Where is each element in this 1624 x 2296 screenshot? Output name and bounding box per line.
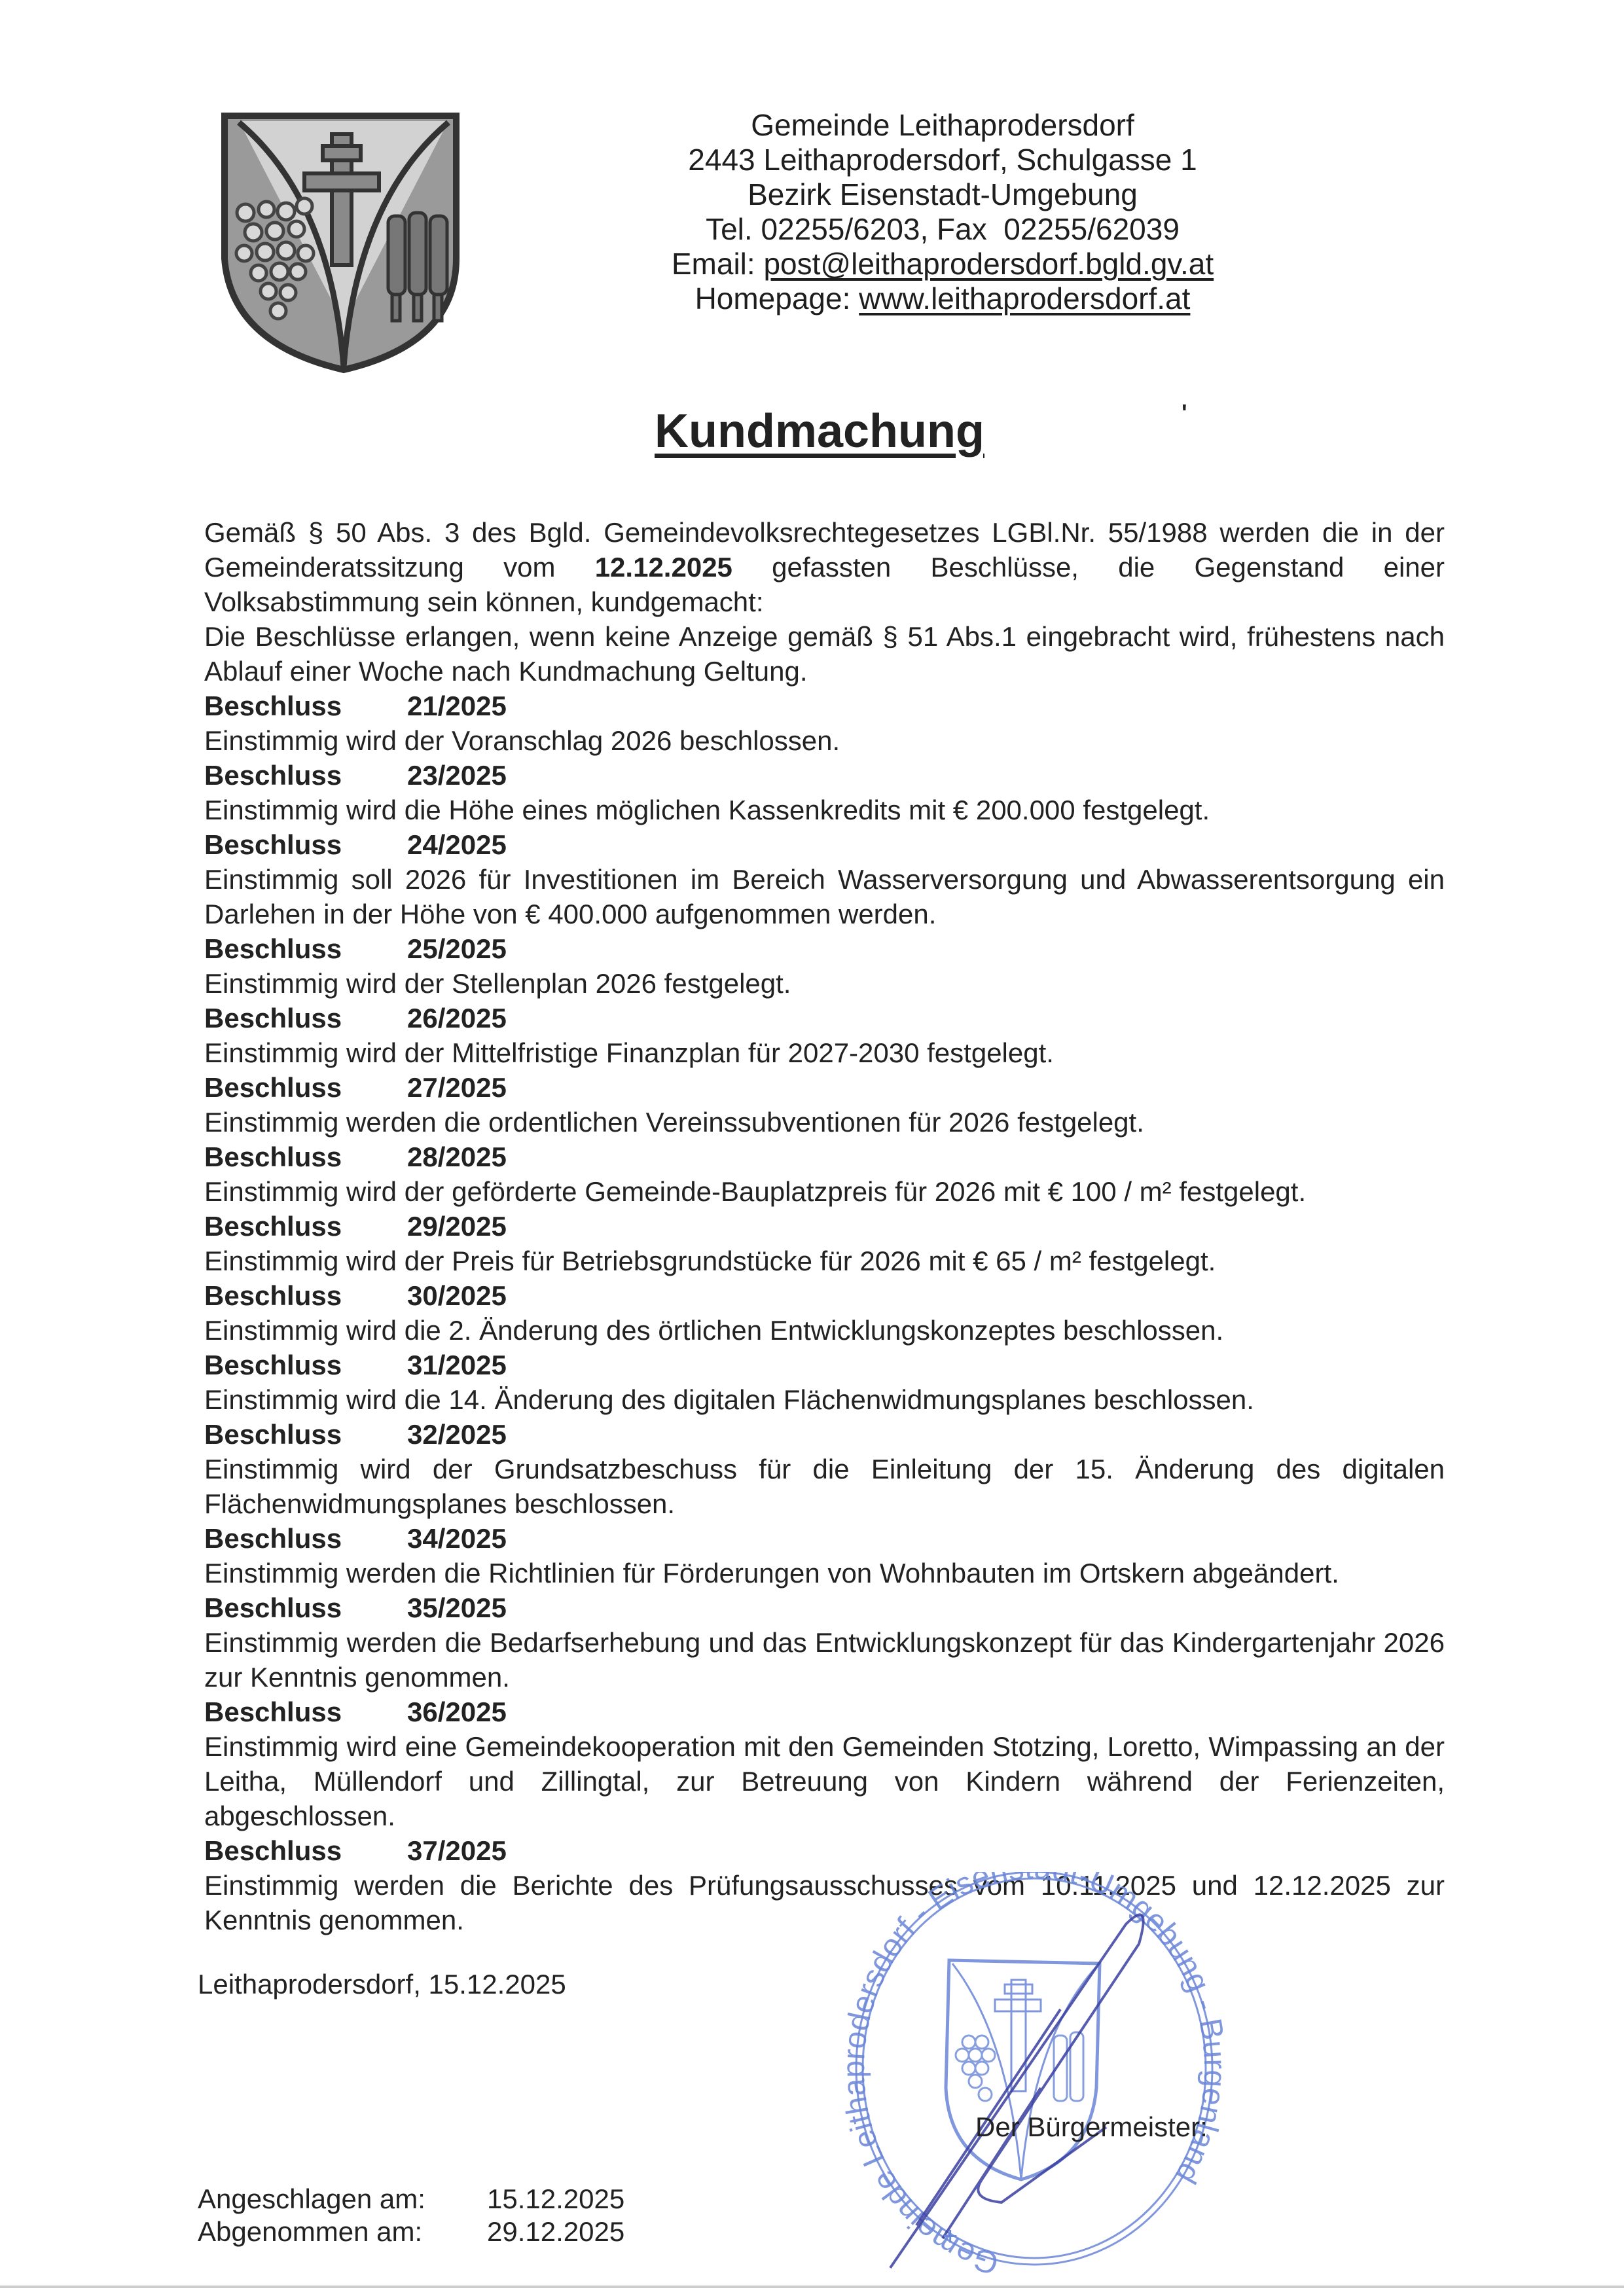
- resolution-text: Einstimmig wird der Grundsatzbeschuss fü…: [204, 1452, 1445, 1521]
- resolution-label: Beschluss: [204, 1139, 407, 1174]
- resolution-number: 24/2025: [407, 827, 507, 862]
- tick-mark: ': [1182, 399, 1187, 427]
- resolution-label: Beschluss: [204, 689, 407, 723]
- resolution-text: Einstimmig werden die Richtlinien für Fö…: [204, 1556, 1445, 1590]
- resolution-text: Einstimmig werden die Berichte des Prüfu…: [204, 1868, 1445, 1937]
- resolution-heading: Beschluss34/2025: [204, 1521, 1445, 1556]
- validity-paragraph: Die Beschlüsse erlangen, wenn keine Anze…: [204, 619, 1445, 689]
- resolution-text: Einstimmig wird der Mittelfristige Finan…: [204, 1035, 1445, 1070]
- official-stamp: Gemeinde Leithaprodersdorf - Eisenstadt-…: [844, 1872, 1224, 2278]
- resolution-label: Beschluss: [204, 1590, 407, 1625]
- removed-on-value: 29.12.2025: [487, 2215, 624, 2248]
- svg-text:+: +: [943, 2222, 958, 2251]
- removed-on-row: Abgenommen am: 29.12.2025: [198, 2215, 624, 2248]
- letterhead-email-line: Email: post@leithaprodersdorf.bgld.gv.at: [602, 247, 1283, 281]
- posted-on-row: Angeschlagen am: 15.12.2025: [198, 2183, 624, 2215]
- resolution-label: Beschluss: [204, 1348, 407, 1382]
- resolution-number: 30/2025: [407, 1278, 507, 1313]
- resolution-label: Beschluss: [204, 1695, 407, 1729]
- resolution-label: Beschluss: [204, 1001, 407, 1035]
- session-date: 12.12.2025: [595, 552, 732, 583]
- resolution-heading: Beschluss24/2025: [204, 827, 1445, 862]
- removed-on-label: Abgenommen am:: [198, 2215, 487, 2248]
- resolution-number: 23/2025: [407, 758, 507, 793]
- resolution-number: 37/2025: [407, 1833, 507, 1868]
- resolution-label: Beschluss: [204, 758, 407, 793]
- page-edge-divider: [0, 2286, 1624, 2288]
- resolution-number: 35/2025: [407, 1590, 507, 1625]
- resolution-heading: Beschluss25/2025: [204, 931, 1445, 966]
- letterhead-line: Bezirk Eisenstadt-Umgebung: [602, 177, 1283, 212]
- resolution-heading: Beschluss27/2025: [204, 1070, 1445, 1105]
- resolution-heading: Beschluss37/2025: [204, 1833, 1445, 1868]
- resolution-number: 25/2025: [407, 931, 507, 966]
- resolution-heading: Beschluss35/2025: [204, 1590, 1445, 1625]
- resolution-text: Einstimmig soll 2026 für Investitionen i…: [204, 862, 1445, 931]
- letterhead-line: Gemeinde Leithaprodersdorf: [602, 108, 1283, 143]
- resolution-number: 34/2025: [407, 1521, 507, 1556]
- resolution-number: 36/2025: [407, 1695, 507, 1729]
- resolution-number: 28/2025: [407, 1139, 507, 1174]
- resolution-text: Einstimmig wird der Voranschlag 2026 bes…: [204, 723, 1445, 758]
- homepage-label: Homepage:: [695, 281, 859, 315]
- letterhead-line: 2443 Leithaprodersdorf, Schulgasse 1: [602, 143, 1283, 177]
- resolution-heading: Beschluss30/2025: [204, 1278, 1445, 1313]
- letterhead-homepage-line: Homepage: www.leithaprodersdorf.at: [602, 281, 1283, 316]
- resolution-number: 26/2025: [407, 1001, 507, 1035]
- email-link[interactable]: post@leithaprodersdorf.bgld.gv.at: [763, 247, 1214, 281]
- resolution-label: Beschluss: [204, 1209, 407, 1244]
- resolution-label: Beschluss: [204, 827, 407, 862]
- resolution-number: 29/2025: [407, 1209, 507, 1244]
- letterhead: Gemeinde Leithaprodersdorf 2443 Leithapr…: [602, 108, 1283, 316]
- resolution-heading: Beschluss31/2025: [204, 1348, 1445, 1382]
- resolution-heading: Beschluss29/2025: [204, 1209, 1445, 1244]
- signature-label: Der Bürgermeister:: [975, 2111, 1208, 2143]
- resolution-heading: Beschluss26/2025: [204, 1001, 1445, 1035]
- resolution-text: Einstimmig werden die Bedarfserhebung un…: [204, 1625, 1445, 1695]
- posted-on-label: Angeschlagen am:: [198, 2183, 487, 2215]
- stamp-ring-text: Gemeinde Leithaprodersdorf - Eisenstadt-…: [844, 1872, 1224, 2278]
- svg-text:Gemeinde Leithaprodersdorf - E: Gemeinde Leithaprodersdorf - Eisenstadt-…: [844, 1872, 1224, 2278]
- posted-on-value: 15.12.2025: [487, 2183, 624, 2215]
- document-body: Gemäß § 50 Abs. 3 des Bgld. Gemeindevolk…: [204, 515, 1445, 1937]
- resolution-text: Einstimmig wird der Stellenplan 2026 fes…: [204, 966, 1445, 1001]
- resolution-number: 27/2025: [407, 1070, 507, 1105]
- resolution-heading: Beschluss36/2025: [204, 1695, 1445, 1729]
- resolution-label: Beschluss: [204, 1833, 407, 1868]
- document-title: Kundmachung: [655, 404, 984, 458]
- email-label: Email:: [672, 247, 764, 281]
- place-date: Leithaprodersdorf, 15.12.2025: [198, 1969, 566, 2000]
- resolution-text: Einstimmig wird der Preis für Betriebsgr…: [204, 1244, 1445, 1278]
- resolution-heading: Beschluss21/2025: [204, 689, 1445, 723]
- resolution-label: Beschluss: [204, 1278, 407, 1313]
- resolution-label: Beschluss: [204, 1070, 407, 1105]
- posting-dates: Angeschlagen am: 15.12.2025 Abgenommen a…: [198, 2183, 624, 2248]
- resolution-label: Beschluss: [204, 1521, 407, 1556]
- resolution-label: Beschluss: [204, 1417, 407, 1452]
- resolution-heading: Beschluss32/2025: [204, 1417, 1445, 1452]
- resolution-number: 31/2025: [407, 1348, 507, 1382]
- resolution-list: Beschluss21/2025Einstimmig wird der Vora…: [204, 689, 1445, 1937]
- coat-of-arms-logo: [219, 108, 468, 376]
- resolution-text: Einstimmig wird die 2. Änderung des örtl…: [204, 1313, 1445, 1348]
- homepage-link[interactable]: www.leithaprodersdorf.at: [859, 281, 1190, 315]
- resolution-label: Beschluss: [204, 931, 407, 966]
- resolution-text: Einstimmig wird eine Gemeindekooperation…: [204, 1729, 1445, 1833]
- resolution-heading: Beschluss28/2025: [204, 1139, 1445, 1174]
- intro-paragraph: Gemäß § 50 Abs. 3 des Bgld. Gemeindevolk…: [204, 515, 1445, 619]
- letterhead-line: Tel. 02255/6203, Fax 02255/62039: [602, 212, 1283, 247]
- resolution-heading: Beschluss23/2025: [204, 758, 1445, 793]
- resolution-text: Einstimmig werden die ordentlichen Verei…: [204, 1105, 1445, 1139]
- resolution-text: Einstimmig wird die 14. Änderung des dig…: [204, 1382, 1445, 1417]
- resolution-text: Einstimmig wird die Höhe eines möglichen…: [204, 793, 1445, 827]
- resolution-number: 21/2025: [407, 689, 507, 723]
- resolution-text: Einstimmig wird der geförderte Gemeinde-…: [204, 1174, 1445, 1209]
- resolution-number: 32/2025: [407, 1417, 507, 1452]
